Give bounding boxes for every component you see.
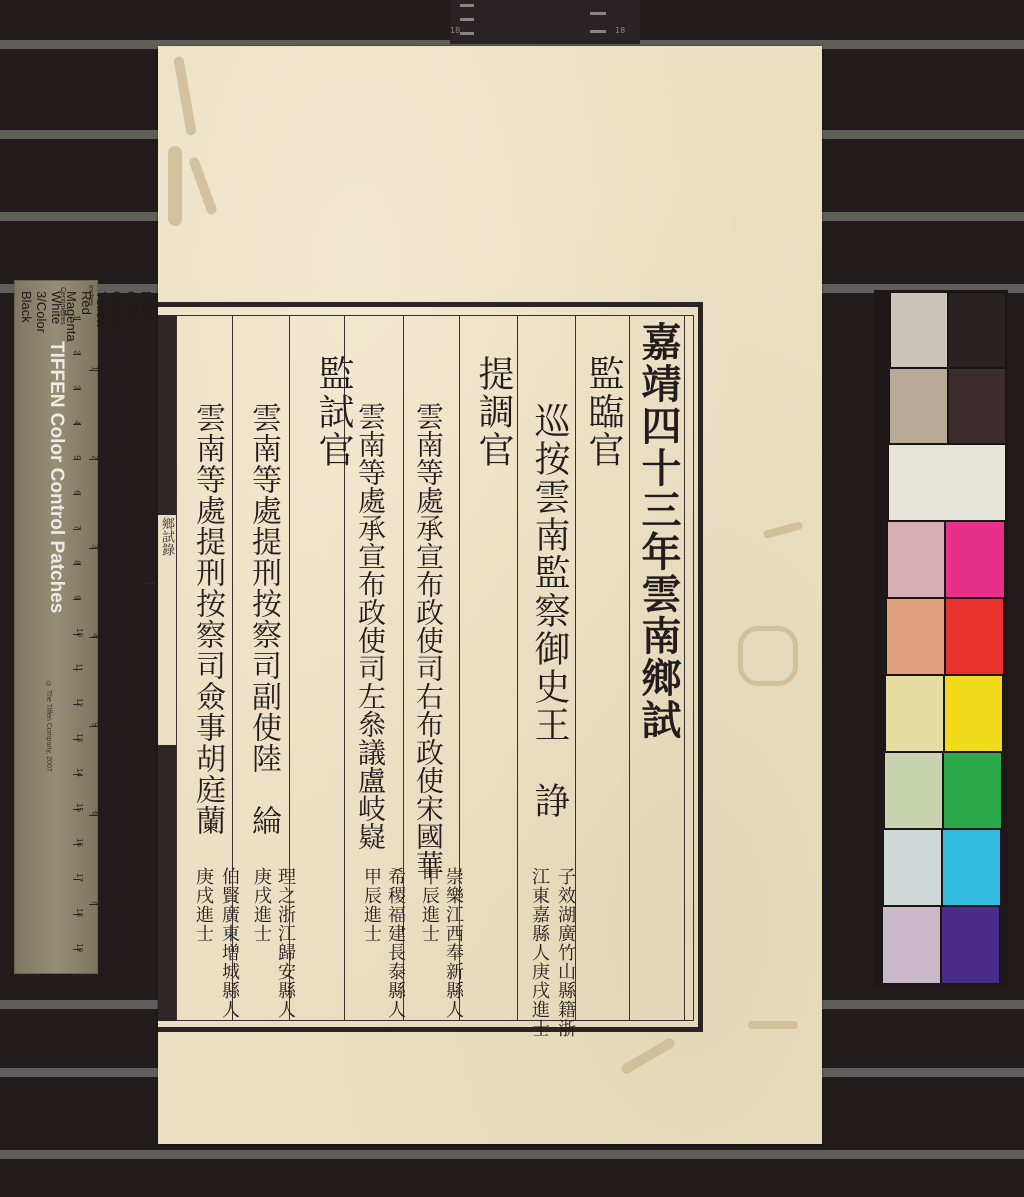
official-entry-lu: 雲南等處承宣布政使司左叅議盧岐嶷: [356, 402, 384, 850]
patch-light-gray: [890, 292, 948, 368]
scale-label: 18: [450, 26, 460, 35]
color-label-blue: Blue: [139, 291, 154, 321]
stain: [763, 521, 804, 539]
patch-magenta: [945, 521, 1005, 598]
official-entry-song: 雲南等處承宣布政使司右布政使宋國華: [414, 402, 442, 878]
scale-tick: [460, 32, 474, 35]
patch-violet: [941, 906, 1000, 984]
background-stripe: [0, 1150, 1024, 1159]
official-note: 庚戌進士: [248, 867, 274, 943]
official-entry-lu-lun: 雲南等處提刑按察司副使陸 綸: [248, 402, 278, 836]
scale-tick: [590, 12, 606, 15]
top-scale: 18 18: [450, 0, 640, 44]
document-page: 鄉試錄 一 嘉靖四十三年雲南鄉試 監臨官 巡按雲南監察御史王 諍 子效湖廣竹山縣…: [158, 46, 822, 1144]
stain: [188, 156, 218, 216]
official-note: 江東嘉縣人庚戌進士: [526, 867, 552, 1038]
stain: [738, 626, 798, 686]
patch-pale-violet: [882, 906, 941, 984]
stain: [748, 1021, 798, 1029]
official-entry-hu: 雲南等處提刑按察司僉事胡庭蘭: [192, 402, 222, 836]
stain: [173, 56, 197, 137]
patch-white: [888, 444, 1006, 521]
official-note: 甲辰進士: [358, 867, 384, 943]
scale-tick: [590, 30, 606, 33]
color-label-black: Black: [19, 291, 34, 373]
section-heading-proctor: 監試官: [308, 355, 359, 469]
official-note: 崇樂江西奉新縣人: [440, 867, 466, 1019]
spine-label: 鄉試錄 一: [158, 515, 176, 745]
scale-label: 18: [615, 26, 625, 35]
tiffen-ruler: Blue Cyan Green Yellow Red Magenta White…: [14, 280, 98, 974]
book-spine: 鄉試錄 一: [158, 315, 176, 1021]
copyright-text: © The Tiffen Company, 2007: [45, 681, 52, 772]
patch-pale-yellow: [885, 675, 944, 752]
patch-pale-green: [884, 752, 943, 829]
stain: [168, 146, 182, 226]
official-note: 伯賢廣東增城縣人: [216, 867, 242, 1019]
official-note: 子效湖廣竹山縣籍浙: [552, 867, 578, 1038]
official-note: 庚戌進士: [190, 867, 216, 943]
patch-pale-orange: [886, 598, 945, 675]
printed-frame: 鄉試錄 一 嘉靖四十三年雲南鄉試 監臨官 巡按雲南監察御史王 諍 子效湖廣竹山縣…: [158, 302, 703, 1032]
section-heading-supervisor: 監臨官: [578, 355, 629, 469]
tiffen-brand-text: TIFFEN Color Control Patches: [45, 341, 67, 613]
centimetres-label: Centimetres: [59, 287, 66, 325]
color-label-green: Green: [109, 291, 124, 337]
patch-green: [943, 752, 1002, 829]
scale-tick: [460, 4, 474, 7]
patch-pale-pink: [887, 521, 945, 598]
patch-dark-brown: [948, 368, 1006, 444]
color-label-cyan: Cyan: [124, 291, 139, 331]
official-note: 希稷福建長泰縣人: [382, 867, 408, 1019]
scale-tick: [460, 18, 474, 21]
patch-cyan: [942, 829, 1001, 906]
patch-pale-cyan: [883, 829, 942, 906]
official-note: 甲辰進士: [416, 867, 442, 943]
official-note: 理之浙江歸安縣人: [272, 867, 298, 1019]
patch-tan: [889, 368, 948, 444]
patch-red: [945, 598, 1004, 675]
official-entry-wang: 巡按雲南監察御史王 諍: [524, 402, 575, 820]
patch-yellow: [944, 675, 1003, 752]
color-control-chart: [874, 290, 1008, 986]
patch-black: [948, 292, 1006, 368]
section-heading-coordinator: 提調官: [468, 355, 519, 469]
document-title: 嘉靖四十三年雲南鄉試: [630, 321, 687, 741]
stain: [620, 1037, 677, 1076]
ruler-scale: 1 2 3 4 5 6 7 8 9 10 11 12 13 14 15 16 1…: [73, 281, 99, 973]
color-label-3color: 3/Color: [34, 291, 49, 333]
